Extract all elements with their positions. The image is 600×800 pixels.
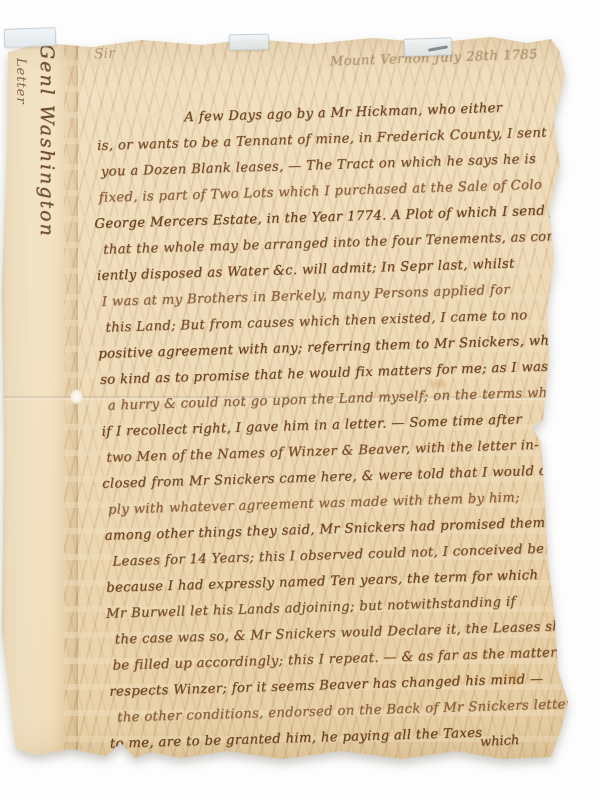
archival-tape-tab [229, 34, 269, 51]
catchword-text: which [480, 733, 520, 750]
letter-page: Genl Washington Letter Sir Mount Vernon … [2, 30, 594, 768]
letter-photograph: Genl Washington Letter Sir Mount Vernon … [0, 0, 600, 800]
docket-recipient-text: Genl Washington [36, 44, 58, 238]
archival-tape-tab [4, 27, 57, 48]
fold-intersection-hole [70, 389, 83, 404]
ink-stain [504, 664, 522, 688]
salutation-text: Sir [94, 46, 115, 63]
ink-stain [426, 378, 450, 390]
letter-page-shadow: Genl Washington Letter Sir Mount Vernon … [2, 30, 594, 768]
letter-body: A few Days ago by a Mr Hickman, who eith… [92, 94, 597, 758]
docket-letter-label: Letter [13, 58, 28, 105]
